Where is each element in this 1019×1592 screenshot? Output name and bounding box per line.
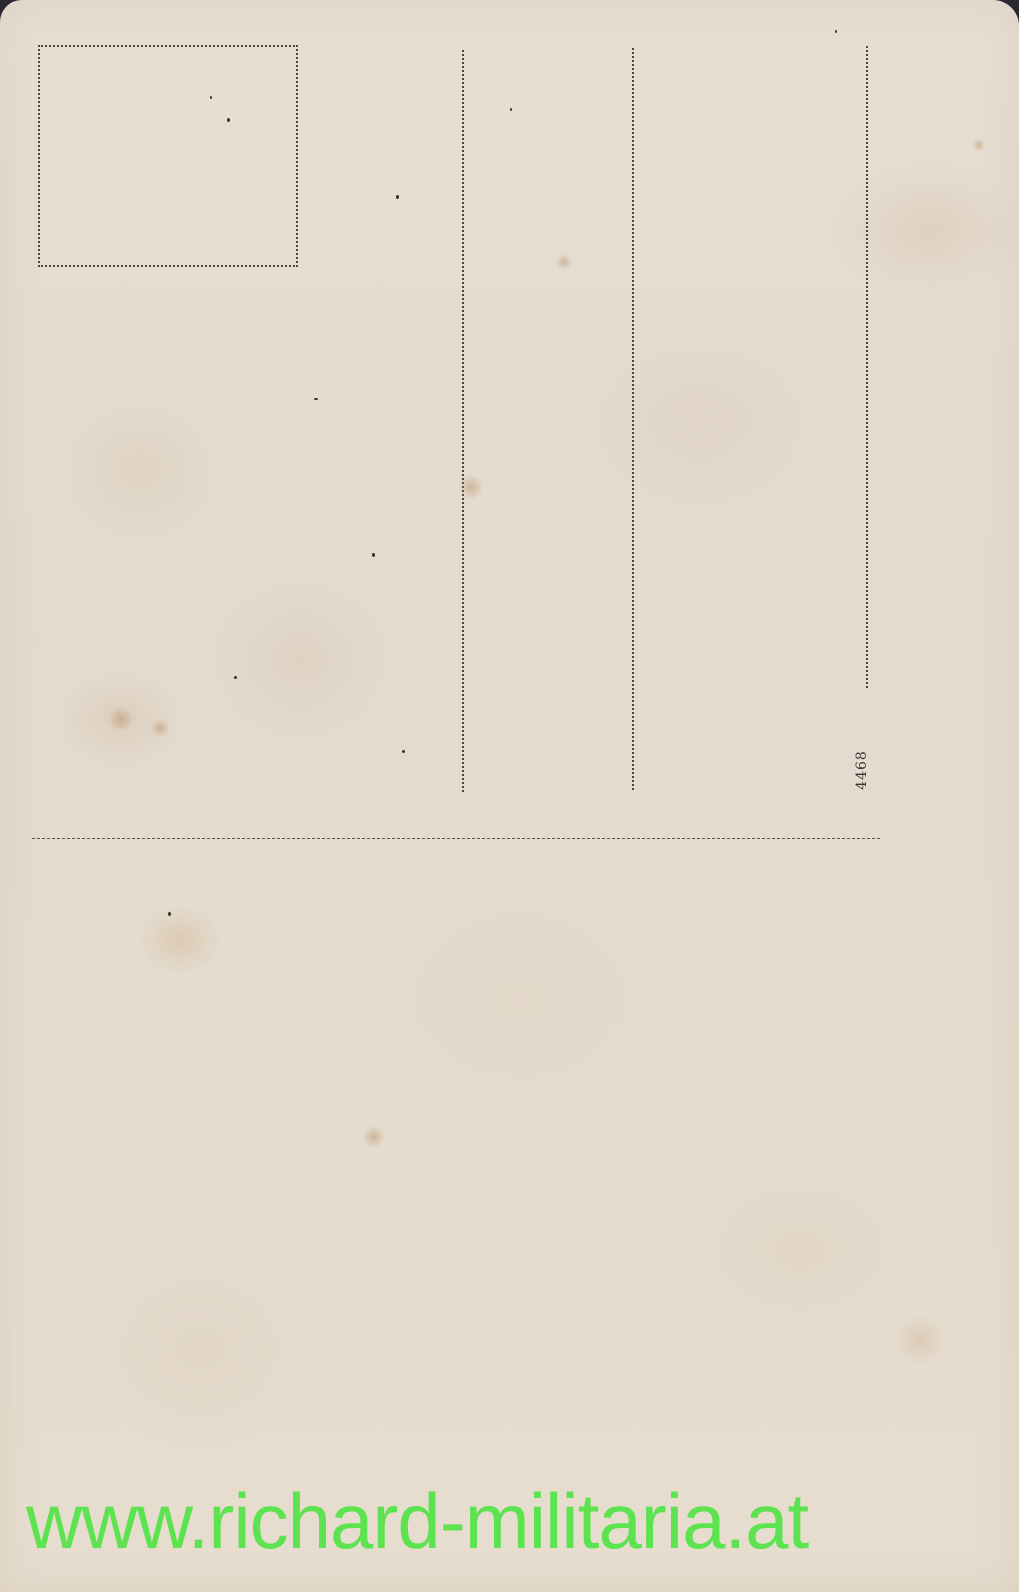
card-divider-line (32, 838, 880, 839)
postcard-back: 4468 www.richard-militaria.at (0, 0, 1019, 1592)
ink-speck (314, 398, 318, 400)
ink-speck (835, 30, 837, 33)
ink-speck (372, 553, 375, 557)
serial-number: 4468 (854, 748, 870, 792)
stain-spot (362, 1126, 386, 1148)
ink-speck (402, 750, 405, 753)
ink-speck (396, 195, 399, 199)
stain-spot (150, 718, 170, 738)
stamp-box (38, 45, 298, 267)
ink-speck (168, 912, 171, 916)
stain-spot (556, 254, 572, 270)
ink-speck (227, 118, 230, 122)
ink-speck (210, 96, 212, 99)
stain-spot (972, 138, 986, 152)
stain-spot (458, 474, 484, 500)
address-line-1 (462, 50, 464, 792)
address-line-3 (866, 46, 868, 688)
stain-spot (108, 706, 134, 732)
address-line-2 (632, 48, 634, 790)
ink-speck (234, 676, 237, 679)
ink-speck (510, 108, 512, 111)
watermark-text: www.richard-militaria.at (26, 1476, 986, 1566)
